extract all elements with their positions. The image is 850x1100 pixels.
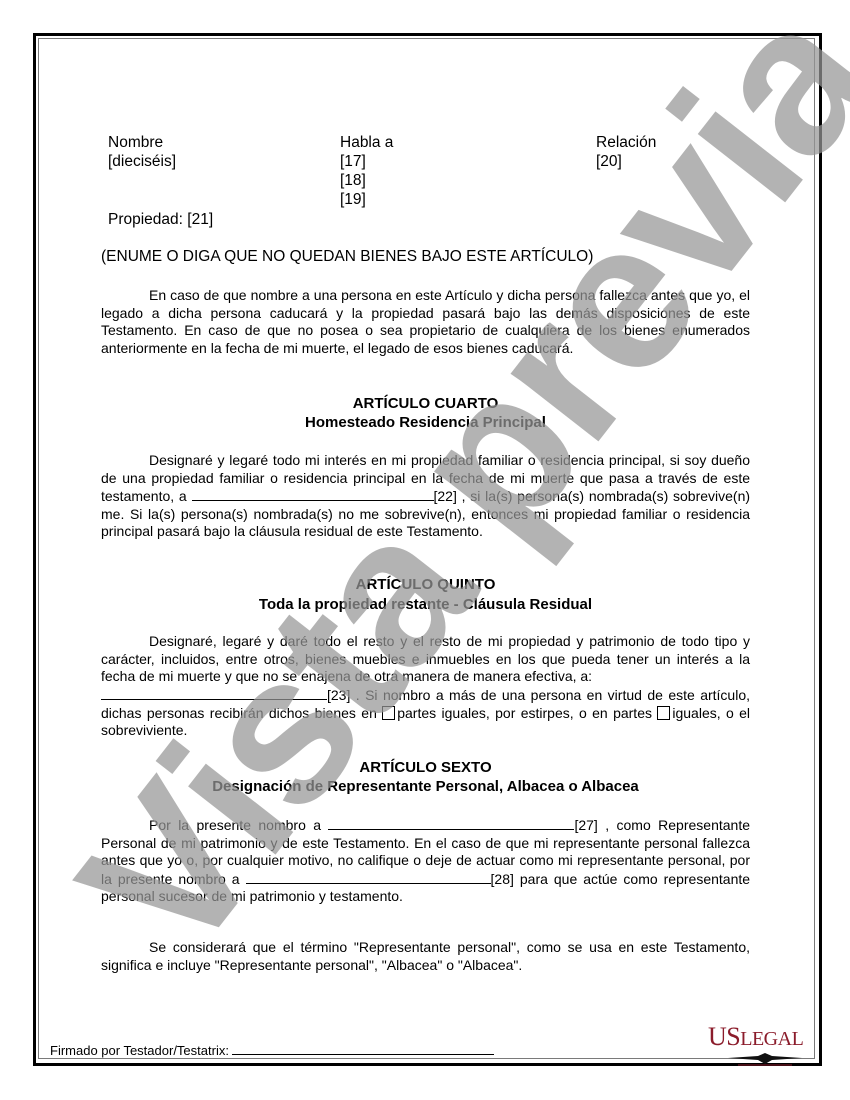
article-6-paragraph-1: Por la presente nombro a [27] , como Rep… [101, 816, 750, 906]
checkbox-partes-iguales-estirpes[interactable] [382, 706, 395, 720]
article-5-paragraph: Designaré, legaré y daré todo el resto y… [101, 633, 750, 686]
habla-a-field-18: [18] [340, 172, 366, 190]
article-6-blank-line-2[interactable] [246, 870, 491, 884]
logo-legal: LEGAL [740, 1028, 803, 1050]
article-4-paragraph: Designaré y legaré todo mi interés en mi… [101, 452, 750, 541]
propiedad-field: Propiedad: [21] [108, 211, 213, 229]
table-header-nombre: Nombre [108, 134, 163, 152]
article-6-blank-line-1[interactable] [328, 816, 574, 830]
signature-field[interactable] [232, 1042, 494, 1055]
article-4-blank-line[interactable] [192, 487, 434, 501]
relacion-field: [20] [596, 153, 622, 171]
article-6-text-before: Por la presente nombro a [149, 817, 321, 833]
signature-line: Firmado por Testador/Testatrix: [50, 1042, 494, 1058]
article-6-title: ARTÍCULO SEXTO [101, 758, 750, 777]
article-5-text-before: Designaré, legaré y daré todo el resto y… [101, 633, 750, 684]
article-6-field-27: [27] [574, 817, 597, 833]
article-4-field-22: [22] [434, 488, 457, 504]
article-5-field-23: [23] [327, 687, 350, 703]
enumerate-note: (ENUME O DIGA QUE NO QUEDAN BIENES BAJO … [101, 248, 593, 266]
article-4-subtitle: Homesteado Residencia Principal [101, 413, 750, 432]
uslegal-logo: USLEGAL [708, 1024, 822, 1064]
eagle-emblem-icon [708, 1052, 822, 1066]
logo-us: US [708, 1022, 740, 1051]
article-6-field-28: [28] [491, 871, 514, 887]
article-6-paragraph-2: Se considerará que el término "Represent… [101, 939, 750, 974]
article-5-title: ARTÍCULO QUINTO [101, 575, 750, 594]
article-5-blank-line[interactable] [101, 686, 327, 700]
nombre-field: [dieciséis] [108, 153, 176, 171]
article-5-paragraph-cont: [23] . Si nombro a más de una persona en… [101, 686, 750, 740]
article-4-title: ARTÍCULO CUARTO [101, 394, 750, 413]
table-header-habla-a: Habla a [340, 134, 393, 152]
article-6-subtitle: Designación de Representante Personal, A… [101, 777, 750, 796]
uslegal-logo-text: USLEGAL [708, 1024, 822, 1052]
checkbox-iguales-sobreviviente[interactable] [657, 706, 670, 720]
signature-label: Firmado por Testador/Testatrix: [50, 1043, 229, 1058]
article-5-subtitle: Toda la propiedad restante - Cláusula Re… [101, 595, 750, 614]
document-page: Nombre Habla a Relación [dieciséis] [17]… [0, 0, 850, 1100]
table-header-relacion: Relación [596, 134, 656, 152]
lapse-paragraph: En caso de que nombre a una persona en e… [101, 287, 750, 357]
habla-a-field-19: [19] [340, 191, 366, 209]
habla-a-field-17: [17] [340, 153, 366, 171]
option-1-label: partes iguales, por estirpes, o en parte… [397, 705, 652, 721]
